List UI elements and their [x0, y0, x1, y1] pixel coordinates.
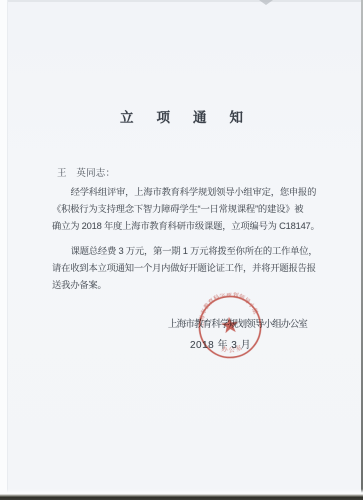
notice-title: 立项通知	[0, 106, 363, 126]
body-paragraph-1: 经学科组评审，上海市教育科学规划领导小组审定，您申报的 《积极行为支持理念下智力…	[52, 184, 320, 236]
salutation: 王 英同志：	[57, 165, 115, 179]
body-paragraph-2: 课题总经费 3 万元，第一期 1 万元将拨至你所在的工作单位， 请在收到本立项通…	[52, 243, 320, 295]
official-seal: 上海市教育科学规划领导小组 办公室	[193, 290, 268, 365]
scan-edge-top	[0, 0, 363, 2]
scan-notch	[259, 0, 273, 5]
star-icon	[221, 316, 239, 334]
scan-edge-bottom	[0, 489, 363, 500]
scanned-notice-page: 立项通知 王 英同志： 经学科组评审，上海市教育科学规划领导小组审定，您申报的 …	[0, 0, 363, 500]
notice-body: 经学科组评审，上海市教育科学规划领导小组审定，您申报的 《积极行为支持理念下智力…	[52, 184, 320, 301]
scan-edge-left	[0, 0, 8, 500]
seal-bottom-text: 办公室	[220, 343, 245, 355]
seal-ring-text: 上海市教育科学规划领导小组	[194, 290, 261, 329]
